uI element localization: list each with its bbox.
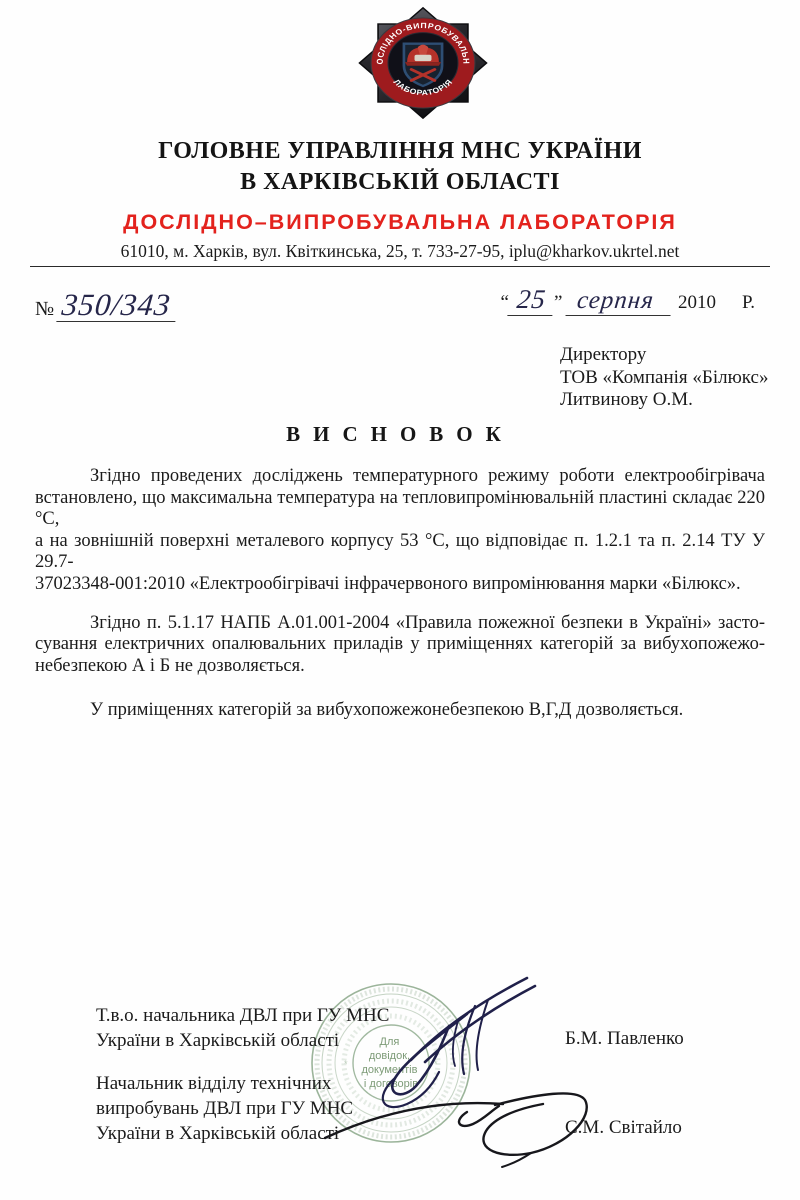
recipient-line: Директору (560, 344, 768, 367)
date-day-handwritten: 25 (507, 284, 555, 316)
signatory-title-line: України в Харківській області (96, 1121, 353, 1146)
signatory-title-line: випробувань ДВЛ при ГУ МНС (96, 1096, 353, 1121)
date-year: 2010 (678, 292, 716, 313)
body-paragraph-3: У приміщеннях категорій за вибухопожежон… (35, 700, 765, 722)
signatory-title-line: України в Харківській області (96, 1028, 389, 1053)
body-paragraph-1: Згідно проведених досліджень температурн… (35, 466, 765, 596)
document-title: ВИСНОВОК (0, 422, 800, 447)
signature-area: Т.в.о. начальника ДВЛ при ГУ МНС України… (0, 995, 800, 1175)
paragraph-line: У приміщеннях категорій за вибухопожежон… (35, 700, 765, 722)
date-month-handwritten: серпня (566, 287, 674, 316)
body-paragraph-2: Згідно п. 5.1.17 НАПБ А.01.001-2004 «Пра… (35, 613, 765, 678)
date-field: “25” серпня2010Р. (501, 284, 755, 316)
ref-number-handwritten-value: 350/343 (56, 290, 178, 322)
reference-number: №350/343 (35, 290, 177, 322)
org-title-line1: ГОЛОВНЕ УПРАВЛІННЯ МНС УКРАЇНИ (0, 136, 800, 167)
signatory-title-line: Начальник відділу технічних (96, 1071, 353, 1096)
signatory-name-1: Б.М. Павленко (565, 1028, 684, 1050)
signatory-title-1: Т.в.о. начальника ДВЛ при ГУ МНС України… (96, 1003, 389, 1053)
date-quote-close: ” (554, 292, 562, 313)
recipient-line: ТОВ «Компанія «Білюкс» (560, 367, 768, 390)
document-body: Згідно проведених досліджень температурн… (35, 466, 765, 737)
paragraph-line: Згідно п. 5.1.17 НАПБ А.01.001-2004 «Пра… (35, 613, 765, 635)
org-title: ГОЛОВНЕ УПРАВЛІННЯ МНС УКРАЇНИ В ХАРКІВС… (0, 136, 800, 198)
laboratory-emblem-svg: ДОСЛІДНО-ВИПРОБУВАЛЬНА ЛАБОРАТОРІЯ (352, 4, 494, 122)
paragraph-line: сування електричних опалювальних приладі… (35, 634, 765, 656)
scanned-document-page: ДОСЛІДНО-ВИПРОБУВАЛЬНА ЛАБОРАТОРІЯ ГОЛОВ… (0, 0, 800, 1200)
signatory-title-2: Начальник відділу технічних випробувань … (96, 1071, 353, 1146)
paragraph-line: Згідно проведених досліджень температурн… (35, 466, 765, 488)
lab-name: ДОСЛІДНО–ВИПРОБУВАЛЬНА ЛАБОРАТОРІЯ (0, 210, 800, 235)
reference-date-row: №350/343 “25” серпня2010Р. (35, 282, 765, 322)
paragraph-line: небезпекою А і Б не дозволяється. (35, 656, 765, 678)
org-title-line2: В ХАРКІВСЬКІЙ ОБЛАСТІ (0, 167, 800, 198)
paragraph-line: встановлено, що максимальна температура … (35, 488, 765, 531)
signatory-name-2: С.М. Світайло (565, 1117, 682, 1139)
paragraph-line: 37023348-001:2010 «Електрообігрівачі інф… (35, 574, 765, 596)
recipient-line: Литвинову О.М. (560, 389, 768, 412)
address-line: 61010, м. Харків, вул. Квіткинська, 25, … (30, 241, 770, 267)
laboratory-emblem: ДОСЛІДНО-ВИПРОБУВАЛЬНА ЛАБОРАТОРІЯ (352, 4, 494, 122)
paragraph-line: а на зовнішній поверхні металевого корпу… (35, 531, 765, 574)
ref-number-label: № (35, 298, 54, 320)
signatory-title-line: Т.в.о. начальника ДВЛ при ГУ МНС (96, 1003, 389, 1028)
recipient-block: Директору ТОВ «Компанія «Білюкс» Литвино… (560, 344, 768, 412)
date-suffix: Р. (742, 292, 755, 313)
